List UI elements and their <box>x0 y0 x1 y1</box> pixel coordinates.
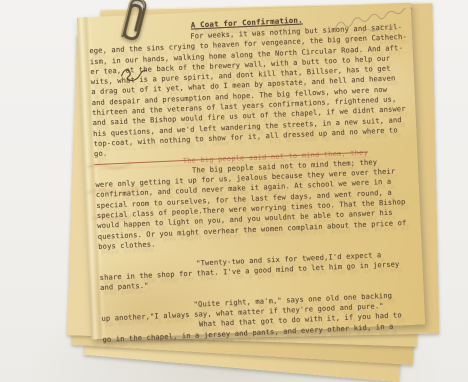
typescript-page: A Coat for Confirmation. For weeks, it w… <box>77 3 425 340</box>
margin-ink-annotation <box>119 63 150 82</box>
photo-of-typescript: A Coat for Confirmation. For weeks, it w… <box>0 0 468 382</box>
red-pencil-bleed-marks <box>77 12 209 277</box>
